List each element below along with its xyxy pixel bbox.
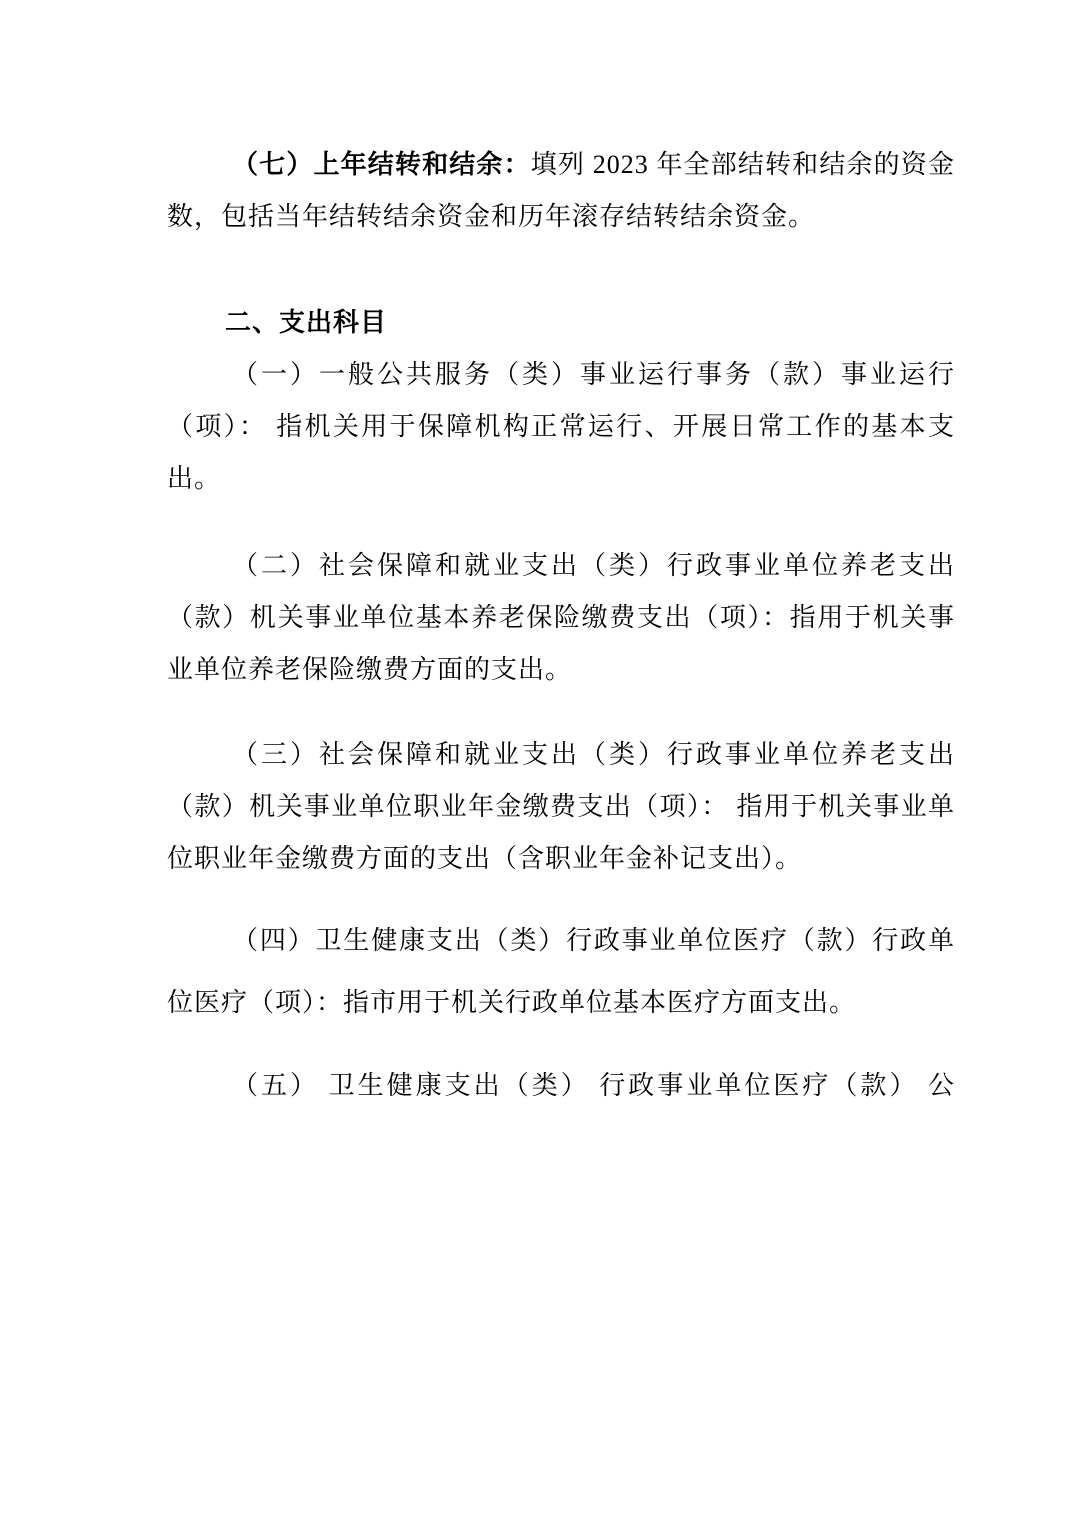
page-content: （七）上年结转和结余：填列 2023 年全部结转和结余的资金数，包括当年结转结余… bbox=[167, 139, 955, 1112]
paragraph-five-health-medical-continued: （五） 卫生健康支出（类） 行政事业单位医疗（款） 公 bbox=[167, 1060, 955, 1112]
paragraph-two-social-security-pension: （二）社会保障和就业支出（类）行政事业单位养老支出（款）机关事业单位基本养老保险… bbox=[167, 540, 955, 696]
paragraph-one-general-public-services: （一）一般公共服务（类）事业运行事务（款）事业运行（项）： 指机关用于保障机构正… bbox=[167, 349, 955, 505]
paragraph-seven: （七）上年结转和结余：填列 2023 年全部结转和结余的资金数，包括当年结转结余… bbox=[167, 139, 955, 243]
paragraph-three-occupational-annuity: （三）社会保障和就业支出（类）行政事业单位养老支出（款）机关事业单位职业年金缴费… bbox=[167, 729, 955, 885]
document-page: （七）上年结转和结余：填列 2023 年全部结转和结余的资金数，包括当年结转结余… bbox=[0, 0, 1074, 1520]
paragraph-four-health-administrative-medical: （四）卫生健康支出（类）行政事业单位医疗（款）行政单位医疗（项）：指市用于机关行… bbox=[167, 910, 955, 1034]
section-heading-expenditure-items: 二、支出科目 bbox=[167, 297, 955, 349]
paragraph-seven-bold-label: （七）上年结转和结余： bbox=[232, 150, 531, 179]
